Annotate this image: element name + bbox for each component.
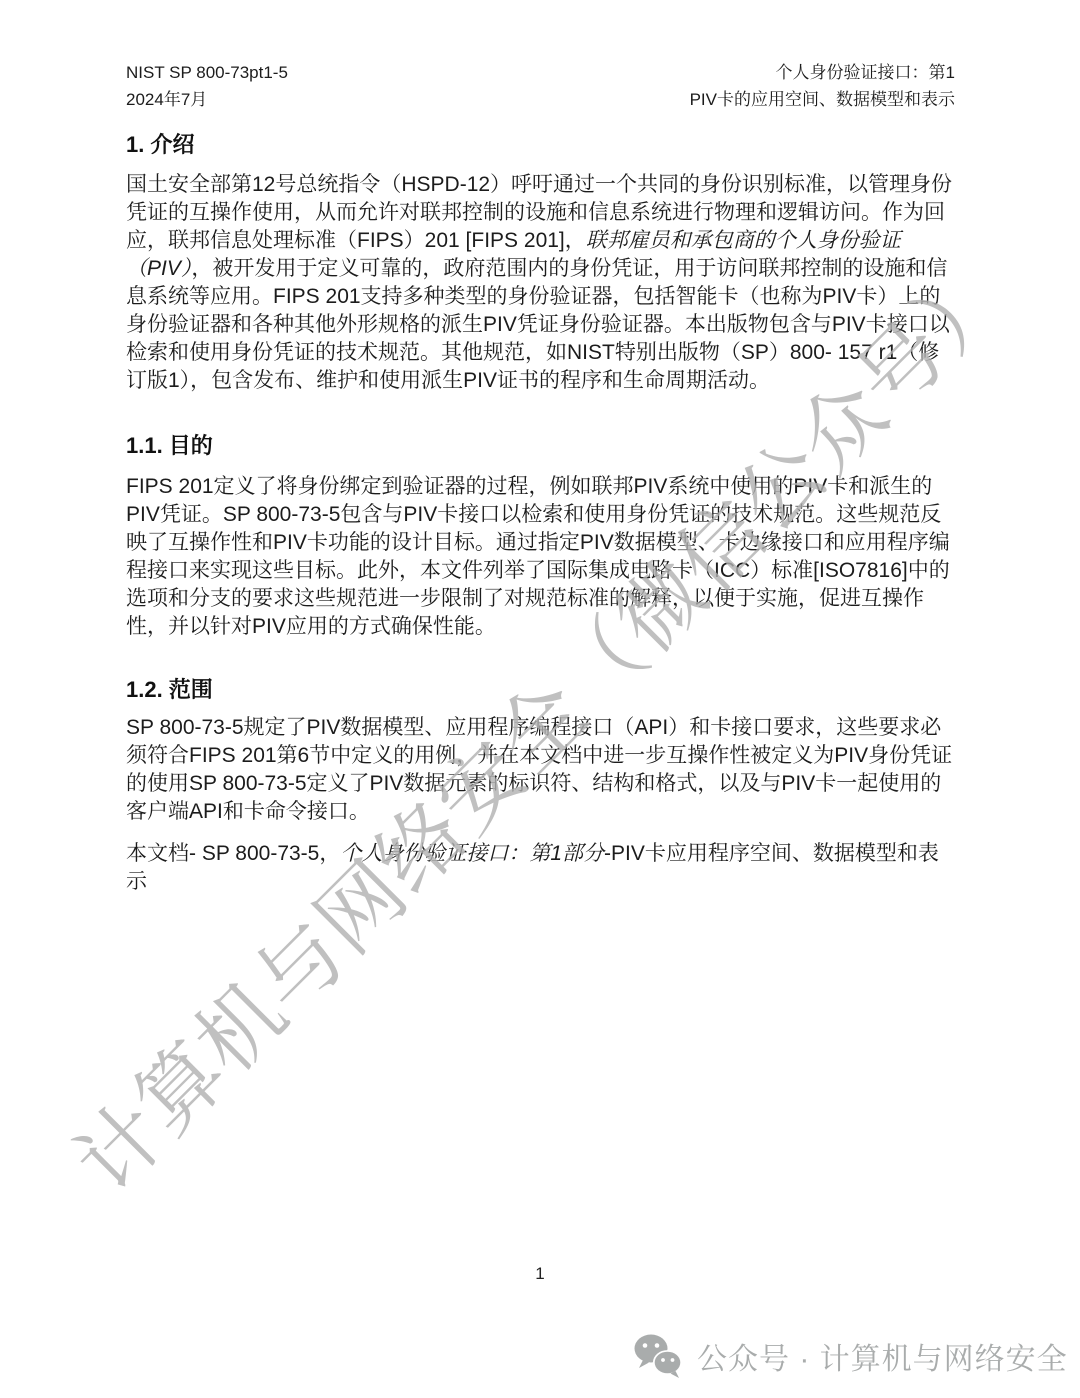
page-number: 1 — [0, 1264, 1080, 1284]
wechat-footer: 公众号 · 计算机与网络安全 — [633, 1333, 1068, 1379]
wechat-icon — [633, 1333, 683, 1379]
paragraph-intro: 国土安全部第12号总统指令（HSPD-12）呼吁通过一个共同的身份识别标准，以管… — [126, 171, 957, 395]
paragraph-scope-2: 本文档- SP 800-73-5，个人身份验证接口：第1部分-PIV卡应用程序空… — [126, 840, 957, 896]
text-segment: 本文档- SP 800-73-5， — [126, 842, 340, 865]
section-heading-purpose: 1.1. 目的 — [126, 429, 213, 460]
footer-label: 公众号 · 计算机与网络安全 — [697, 1334, 1068, 1378]
text-segment: 个人身份验证接口：第1部分 — [340, 842, 604, 865]
header-left: NIST SP 800-73pt1-5 2024年7月 — [126, 59, 288, 113]
text-segment: ，被开发用于定义可靠的，政府范围内的身份凭证，用于访问联邦控制的设施和信息系统等… — [126, 257, 950, 392]
doc-date: 2024年7月 — [126, 86, 288, 113]
doc-title-line2: PIV卡的应用空间、数据模型和表示 — [690, 86, 955, 113]
doc-title-line1: 个人身份验证接口：第1 — [690, 59, 955, 86]
header-right: 个人身份验证接口：第1 PIV卡的应用空间、数据模型和表示 — [690, 59, 955, 113]
text-segment: FIPS 201定义了将身份绑定到验证器的过程，例如联邦PIV系统中使用的PIV… — [126, 475, 950, 638]
text-segment: SP 800-73-5规定了PIV数据模型、应用程序编程接口（API）和卡接口要… — [126, 716, 952, 823]
paragraph-purpose: FIPS 201定义了将身份绑定到验证器的过程，例如联邦PIV系统中使用的PIV… — [126, 473, 957, 641]
doc-id: NIST SP 800-73pt1-5 — [126, 59, 288, 86]
page-header: NIST SP 800-73pt1-5 2024年7月 个人身份验证接口：第1 … — [126, 59, 955, 113]
document-page: NIST SP 800-73pt1-5 2024年7月 个人身份验证接口：第1 … — [0, 0, 1080, 1398]
paragraph-scope: SP 800-73-5规定了PIV数据模型、应用程序编程接口（API）和卡接口要… — [126, 714, 957, 826]
section-heading-scope: 1.2. 范围 — [126, 673, 213, 704]
section-heading-intro: 1. 介绍 — [126, 128, 194, 159]
